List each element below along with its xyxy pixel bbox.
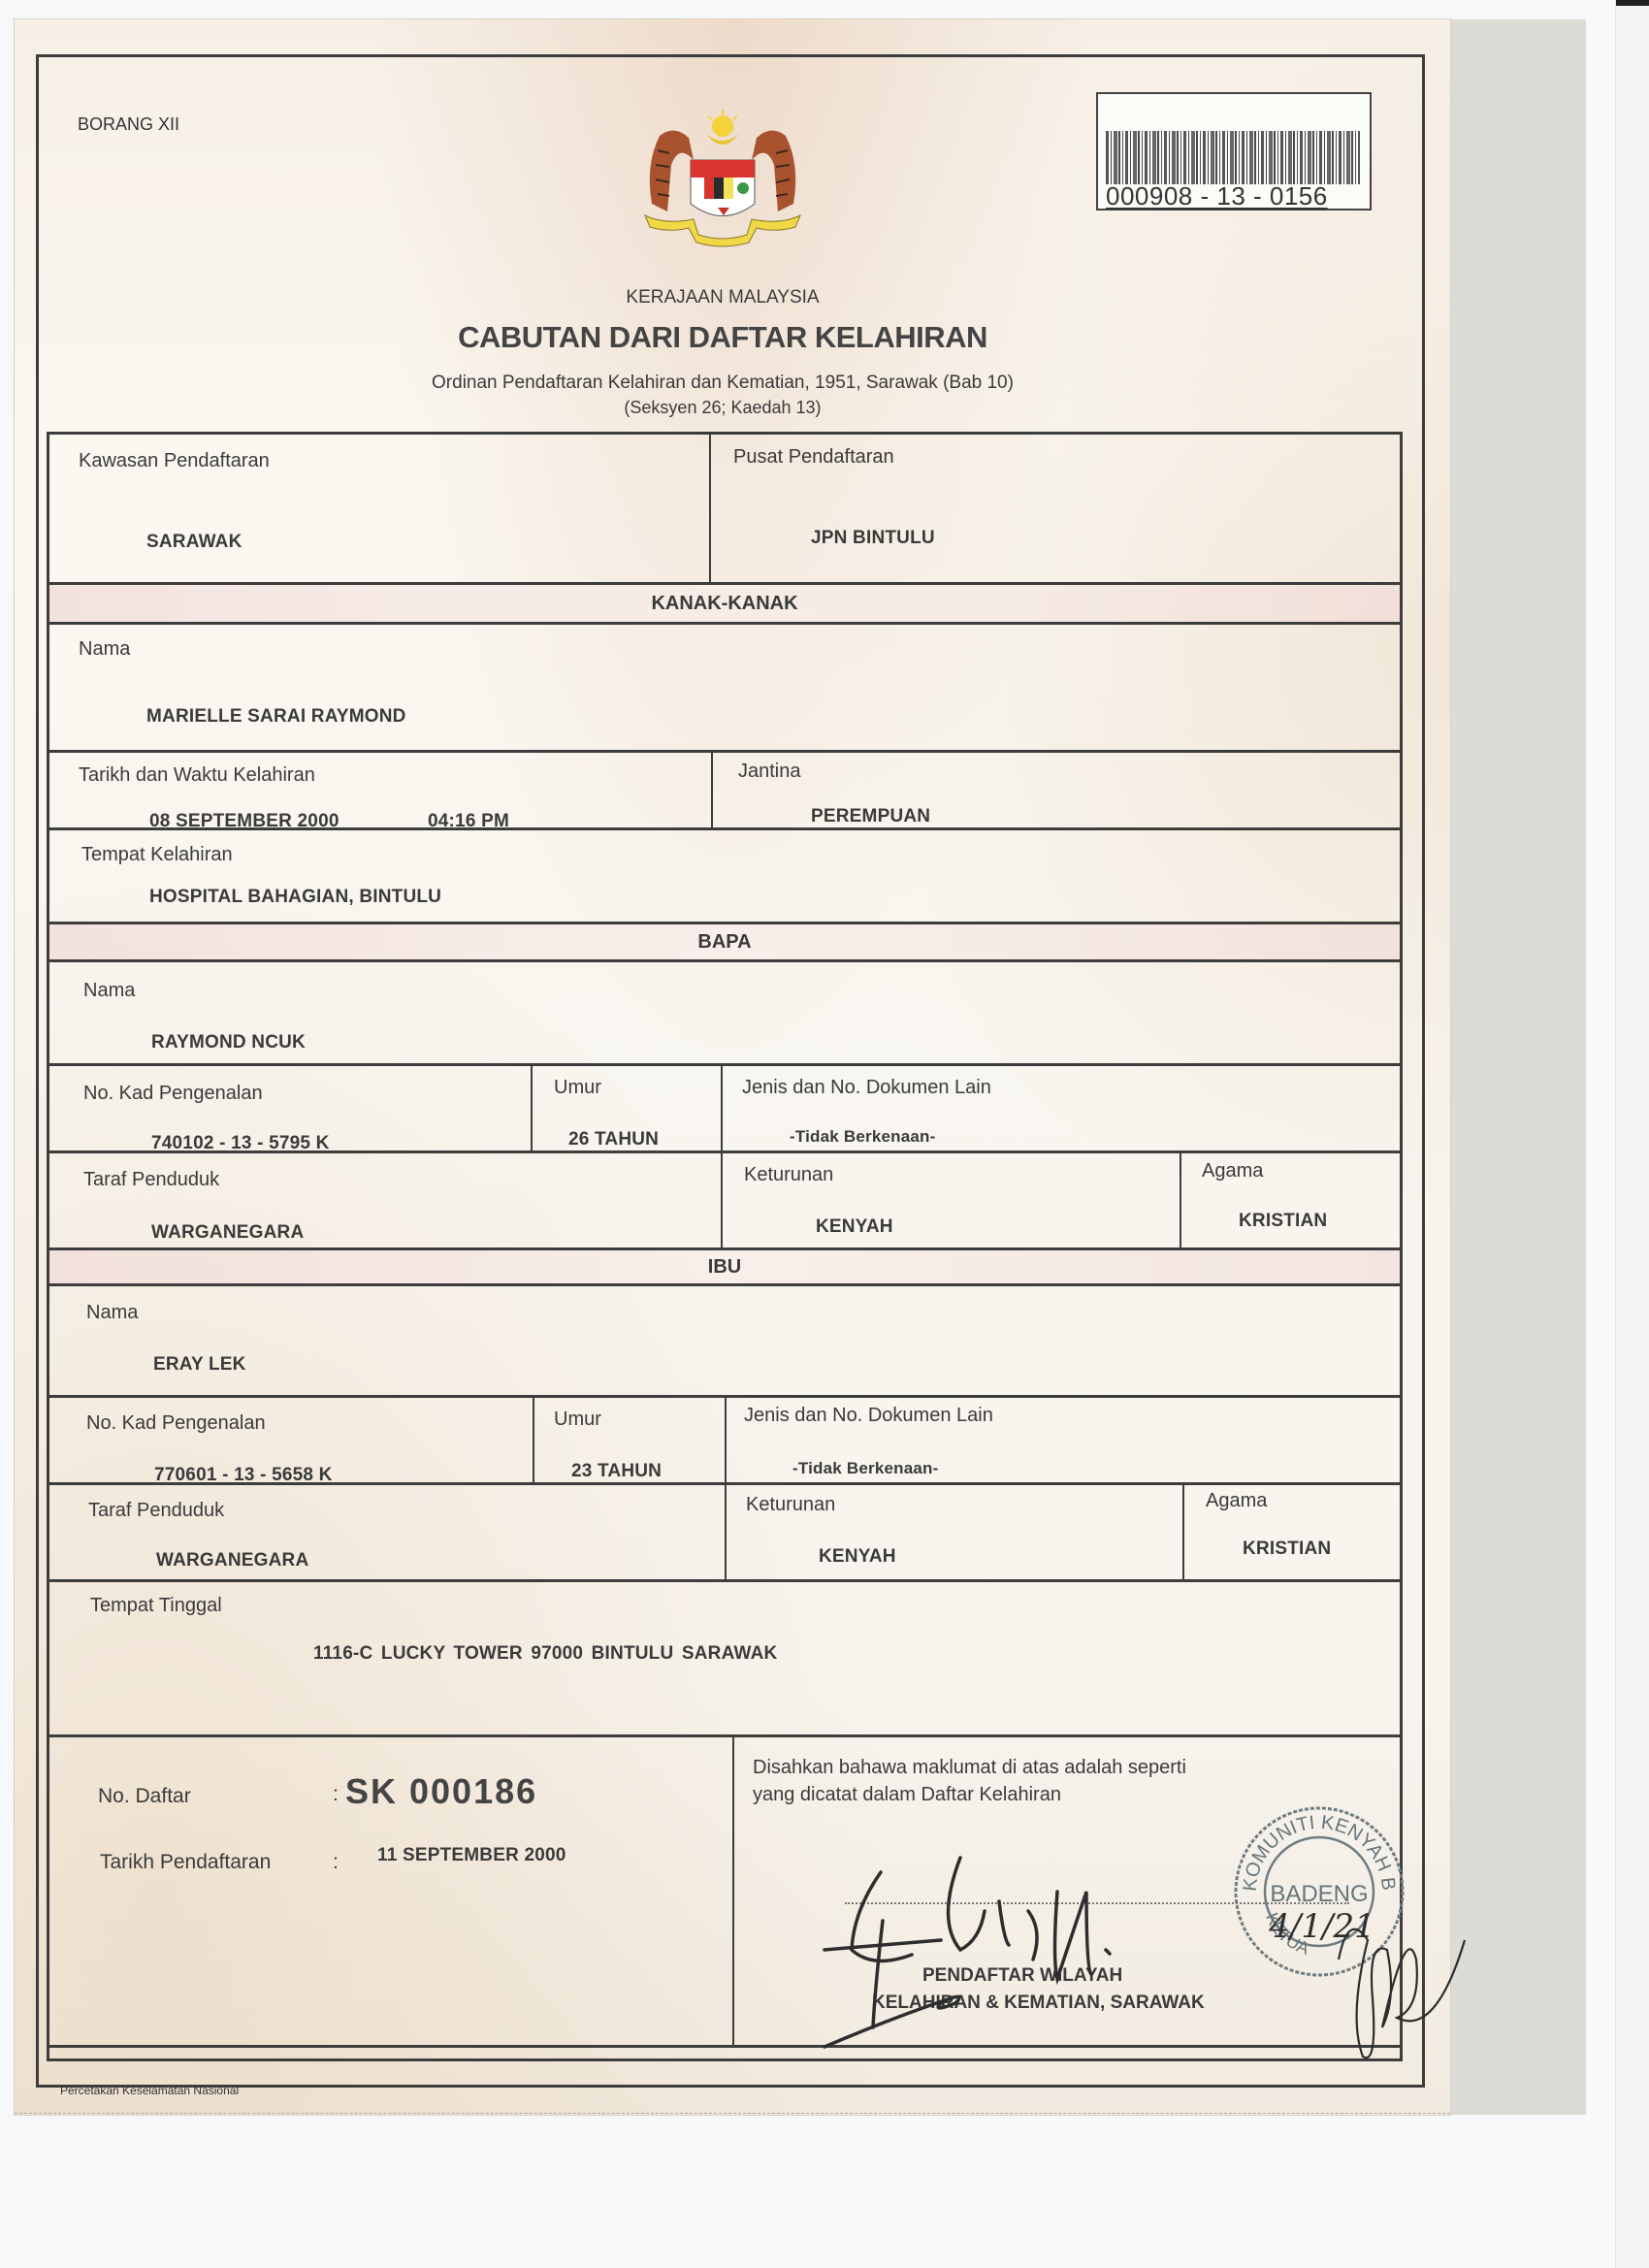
reg-no-value: SK 000186 <box>345 1771 537 1812</box>
birthplace-value: HOSPITAL BAHAGIAN, BINTULU <box>149 887 441 908</box>
residence-value: 1116-C LUCKY TOWER 97000 BINTULU SARAWAK <box>313 1643 777 1665</box>
father-residency-value: WARGANEGARA <box>151 1222 304 1244</box>
document-title: CABUTAN DARI DAFTAR KELAHIRAN <box>0 320 1445 355</box>
mother-other-doc-label: Jenis dan No. Dokumen Lain <box>744 1405 993 1427</box>
father-religion-label: Agama <box>1202 1160 1263 1183</box>
area-label: Kawasan Pendaftaran <box>79 450 270 472</box>
scanner-edge <box>1615 0 1649 2268</box>
mother-religion-label: Agama <box>1206 1490 1267 1512</box>
mother-name-value: ERAY LEK <box>153 1354 246 1376</box>
mother-ethnicity-value: KENYAH <box>819 1546 896 1568</box>
section-reference: (Seksyen 26; Kaedah 13) <box>0 398 1445 418</box>
certification-text-line1: Disahkan bahawa maklumat di atas adalah … <box>753 1754 1186 1781</box>
mother-other-doc-value: -Tidak Berkenaan- <box>792 1459 938 1478</box>
reg-no-separator: : <box>333 1783 339 1806</box>
mother-religion-value: KRISTIAN <box>1243 1539 1331 1560</box>
stamp-signature-icon <box>1329 1901 1474 2076</box>
gender-label: Jantina <box>738 761 801 783</box>
mother-ic-label: No. Kad Pengenalan <box>86 1412 266 1435</box>
mother-ethnicity-label: Keturunan <box>746 1494 835 1516</box>
father-ethnicity-label: Keturunan <box>744 1164 833 1186</box>
svg-text:KOMUNITI KENYAH BINTULU: KOMUNITI KENYAH BINTULU <box>1227 1799 1399 1893</box>
gender-value: PEREMPUAN <box>811 806 930 827</box>
reg-no-label: No. Daftar <box>98 1785 191 1808</box>
reg-date-label: Tarikh Pendaftaran <box>100 1851 271 1874</box>
birthplace-label: Tempat Kelahiran <box>81 844 233 866</box>
center-label: Pusat Pendaftaran <box>733 446 894 469</box>
malaysia-coat-of-arms-icon <box>621 107 824 247</box>
mother-residency-value: WARGANEGARA <box>156 1550 308 1571</box>
mother-section-title: IBU <box>49 1256 1400 1279</box>
father-name-value: RAYMOND NCUK <box>151 1032 306 1053</box>
area-value: SARAWAK <box>146 532 242 553</box>
ordinance-reference: Ordinan Pendaftaran Kelahiran dan Kemati… <box>0 373 1445 394</box>
child-name-label: Nama <box>79 638 130 661</box>
father-residency-label: Taraf Penduduk <box>83 1169 219 1191</box>
father-other-doc-value: -Tidak Berkenaan- <box>790 1127 935 1147</box>
reg-date-value: 11 SEPTEMBER 2000 <box>377 1845 566 1866</box>
residence-label: Tempat Tinggal <box>90 1595 222 1617</box>
government-name: KERAJAAN MALAYSIA <box>0 287 1445 308</box>
barcode-icon <box>1106 131 1360 184</box>
scan-edge-line <box>15 2113 1450 2114</box>
father-religion-value: KRISTIAN <box>1239 1211 1327 1232</box>
printer-name: Percetakan Keselamatan Nasional <box>60 2084 239 2097</box>
mother-residency-label: Taraf Penduduk <box>88 1500 224 1522</box>
father-other-doc-label: Jenis dan No. Dokumen Lain <box>742 1077 991 1099</box>
scanner-background <box>1450 19 1586 2115</box>
father-name-label: Nama <box>83 980 135 1002</box>
barcode-label: 000908 - 13 - 0156 <box>1096 92 1372 211</box>
mother-name-label: Nama <box>86 1302 138 1324</box>
form-code: BORANG XII <box>78 114 179 135</box>
father-section-title: BAPA <box>49 931 1400 954</box>
barcode-number: 000908 - 13 - 0156 <box>1106 181 1328 211</box>
mother-age-label: Umur <box>554 1409 601 1431</box>
father-ethnicity-value: KENYAH <box>816 1216 893 1238</box>
child-name-value: MARIELLE SARAI RAYMOND <box>146 706 406 728</box>
center-value: JPN BINTULU <box>811 528 935 549</box>
father-age-value: 26 TAHUN <box>568 1129 659 1150</box>
mother-age-value: 23 TAHUN <box>571 1461 662 1482</box>
dob-label: Tarikh dan Waktu Kelahiran <box>79 764 315 787</box>
registrar-signature-icon <box>766 1804 1212 2057</box>
reg-date-separator: : <box>333 1851 339 1874</box>
father-age-label: Umur <box>554 1077 601 1099</box>
child-section-title: KANAK-KANAK <box>49 593 1400 615</box>
father-ic-label: No. Kad Pengenalan <box>83 1083 263 1105</box>
